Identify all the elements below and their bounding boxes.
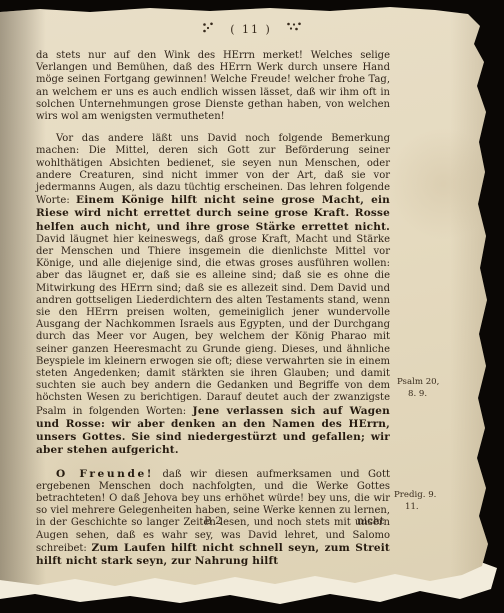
text-segment-normal: David läugnet hier keineswegs, daß grose…	[36, 234, 390, 417]
text-segment-normal: da stets nur auf den Wink des HErrn merk…	[36, 50, 390, 122]
scanned-book-page: { "header": { "page_number": "( 11 )", "…	[0, 0, 504, 613]
paragraph: Vor das andere läßt uns David noch folge…	[36, 133, 390, 457]
body-text: da stets nur auf den Wink des HErrn merk…	[36, 50, 390, 578]
fore-edge-shade	[450, 8, 490, 578]
margin-note-line: Psalm 20,	[397, 376, 439, 388]
paper-sheet: ( 11 ) da stets nur auf den Wink des HEr…	[0, 0, 504, 613]
signature-mark: B 2	[204, 515, 222, 527]
margin-note-prediger: Predig. 9. 11.	[394, 489, 436, 513]
paragraph: da stets nur auf den Wink des HErrn merk…	[36, 50, 390, 123]
text-segment-bold: Einem Könige hilft nicht seine grose Mac…	[36, 194, 390, 232]
margin-note-line: 8. 9.	[397, 388, 439, 400]
margin-note-psalm: Psalm 20, 8. 9.	[397, 376, 439, 400]
margin-note-line: Predig. 9.	[394, 489, 436, 501]
page-header: ( 11 )	[0, 22, 504, 36]
page-number: ( 11 )	[230, 23, 272, 36]
text-segment-spaced: O Freunde!	[56, 468, 154, 480]
margin-note-line: 11.	[394, 501, 436, 513]
catchword: nicht	[357, 515, 384, 527]
page-footer: B 2 nicht	[36, 515, 390, 529]
dot-ornament-icon	[286, 22, 302, 36]
dot-ornament-icon	[202, 22, 216, 36]
